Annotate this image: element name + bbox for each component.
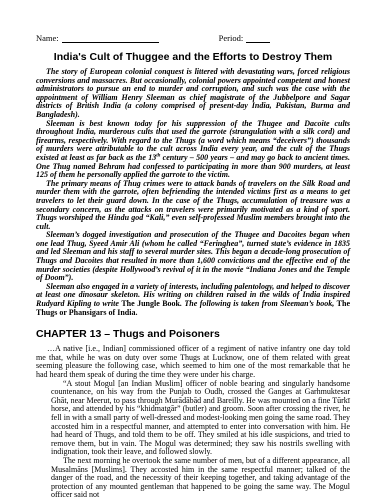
document-page: Name: Period: India's Cult of Thuggee an… <box>0 0 386 500</box>
period-label: Period: <box>219 33 244 43</box>
intro-paragraph-5: Sleeman also engaged in a variety of int… <box>36 283 350 317</box>
chapter-heading: CHAPTER 13 – Thugs and Poisoners <box>36 328 350 340</box>
intro-section: The story of European colonial conquest … <box>36 68 350 317</box>
intro-paragraph-4: Sleeman’s dogged investigation and prose… <box>36 231 350 283</box>
intro-paragraph-1: The story of European colonial conquest … <box>36 68 350 120</box>
blockquote-paragraph-2: The next morning he overtook the same nu… <box>51 457 350 500</box>
chapter-body-section: …A native [i.e., Indian] commissioned of… <box>36 345 350 500</box>
name-field-group: Name: <box>36 33 159 43</box>
period-field-group: Period: <box>219 33 271 43</box>
page-title: India's Cult of Thuggee and the Efforts … <box>36 51 350 63</box>
name-label: Name: <box>36 33 59 43</box>
worksheet-header: Name: Period: <box>36 33 350 43</box>
blockquote-paragraph-1: “A stout Mogul [an Indian Muslim] office… <box>51 380 350 457</box>
body-paragraph-1: …A native [i.e., Indian] commissioned of… <box>36 345 350 379</box>
name-blank-line <box>62 33 159 43</box>
intro-paragraph-3: The primary means of Thug crimes were to… <box>36 180 350 232</box>
period-blank-line <box>246 33 270 43</box>
intro-paragraph-2: Sleeman is best known today for his supp… <box>36 120 350 180</box>
intro-paragraph-5-part2: . The following is taken from Sleeman’s … <box>180 299 337 308</box>
